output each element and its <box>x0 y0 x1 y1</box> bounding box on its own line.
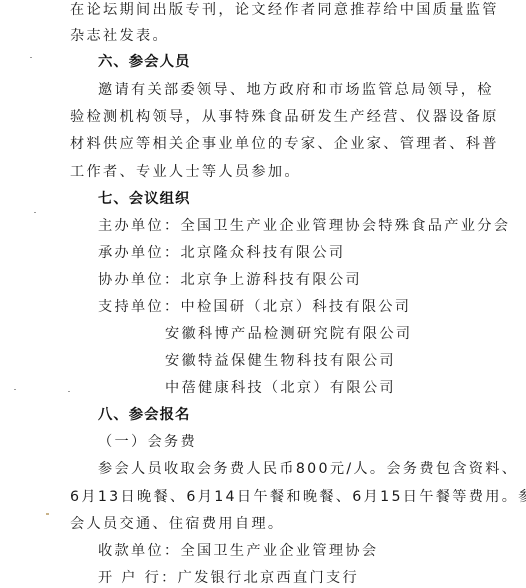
document-page: 在论坛期间出版专刊，论文经作者同意推荐给中国质量监管 杂志社发表。 六、参会人员… <box>0 0 526 588</box>
bank-value: 广发银行北京西直门支行 <box>178 570 359 586</box>
scan-speck <box>34 212 36 213</box>
organizer-label: 承办单位： <box>98 243 180 263</box>
subsection-heading-fee: （一）会务费 <box>98 432 197 452</box>
host-label: 主办单位： <box>98 216 180 236</box>
body-text-line: 邀请有关部委领导、地方政府和市场监管总局领导，检 <box>98 80 494 100</box>
body-text-line: 杂志社发表。 <box>70 26 169 46</box>
body-text-line: 材料供应等相关企事业单位的专家、企业家、管理者、科普 <box>70 134 499 154</box>
host-value: 全国卫生产业企业管理协会特殊食品产业分会 <box>180 218 510 234</box>
supporters-label: 支持单位： <box>98 297 180 317</box>
supporter-item: 安徽科博产品检测研究院有限公司 <box>165 324 412 344</box>
body-text-line: 验检测机构领导，从事特殊食品研发生产经营、仪器设备原 <box>70 107 499 127</box>
body-text-line: 参会人员收取会务费人民币800元/人。会务费包含资料、 <box>98 459 518 479</box>
bank-row: 开 户 行：广发银行北京西直门支行 <box>98 568 359 588</box>
body-text-line: 在论坛期间出版专刊，论文经作者同意推荐给中国质量监管 <box>70 0 499 20</box>
body-text-line: 会人员交通、住宿费用自理。 <box>70 514 284 534</box>
section-heading-attendees: 六、参会人员 <box>98 52 190 72</box>
co-organizer-row: 协办单位：北京争上游科技有限公司 <box>98 270 362 290</box>
bank-label: 开 户 行： <box>98 568 178 588</box>
co-organizer-label: 协办单位： <box>98 270 180 290</box>
payee-row: 收款单位：全国卫生产业企业管理协会 <box>98 541 378 561</box>
host-row: 主办单位：全国卫生产业企业管理协会特殊食品产业分会 <box>98 216 510 236</box>
supporter-item: 中检国研（北京）科技有限公司 <box>180 299 411 315</box>
supporter-item: 中蓓健康科技（北京）有限公司 <box>165 378 396 398</box>
co-organizer-value: 北京争上游科技有限公司 <box>180 272 361 288</box>
section-heading-organization: 七、会议组织 <box>98 189 190 209</box>
scan-speck <box>46 513 49 515</box>
body-text-line: 工作者、专业人士等人员参加。 <box>70 162 301 182</box>
supporter-item: 安徽特益保健生物科技有限公司 <box>165 351 396 371</box>
organizer-row: 承办单位：北京隆众科技有限公司 <box>98 243 345 263</box>
scan-speck <box>14 389 16 390</box>
scan-speck <box>30 57 32 58</box>
section-heading-registration: 八、参会报名 <box>98 405 190 425</box>
organizer-value: 北京隆众科技有限公司 <box>180 245 345 261</box>
payee-value: 全国卫生产业企业管理协会 <box>180 543 378 559</box>
payee-label: 收款单位： <box>98 541 180 561</box>
scan-speck <box>68 391 70 392</box>
body-text-line: 6月13日晚餐、6月14日午餐和晚餐、6月15日午餐等费用。参 <box>70 487 526 507</box>
supporters-row: 支持单位：中检国研（北京）科技有限公司 <box>98 297 411 317</box>
